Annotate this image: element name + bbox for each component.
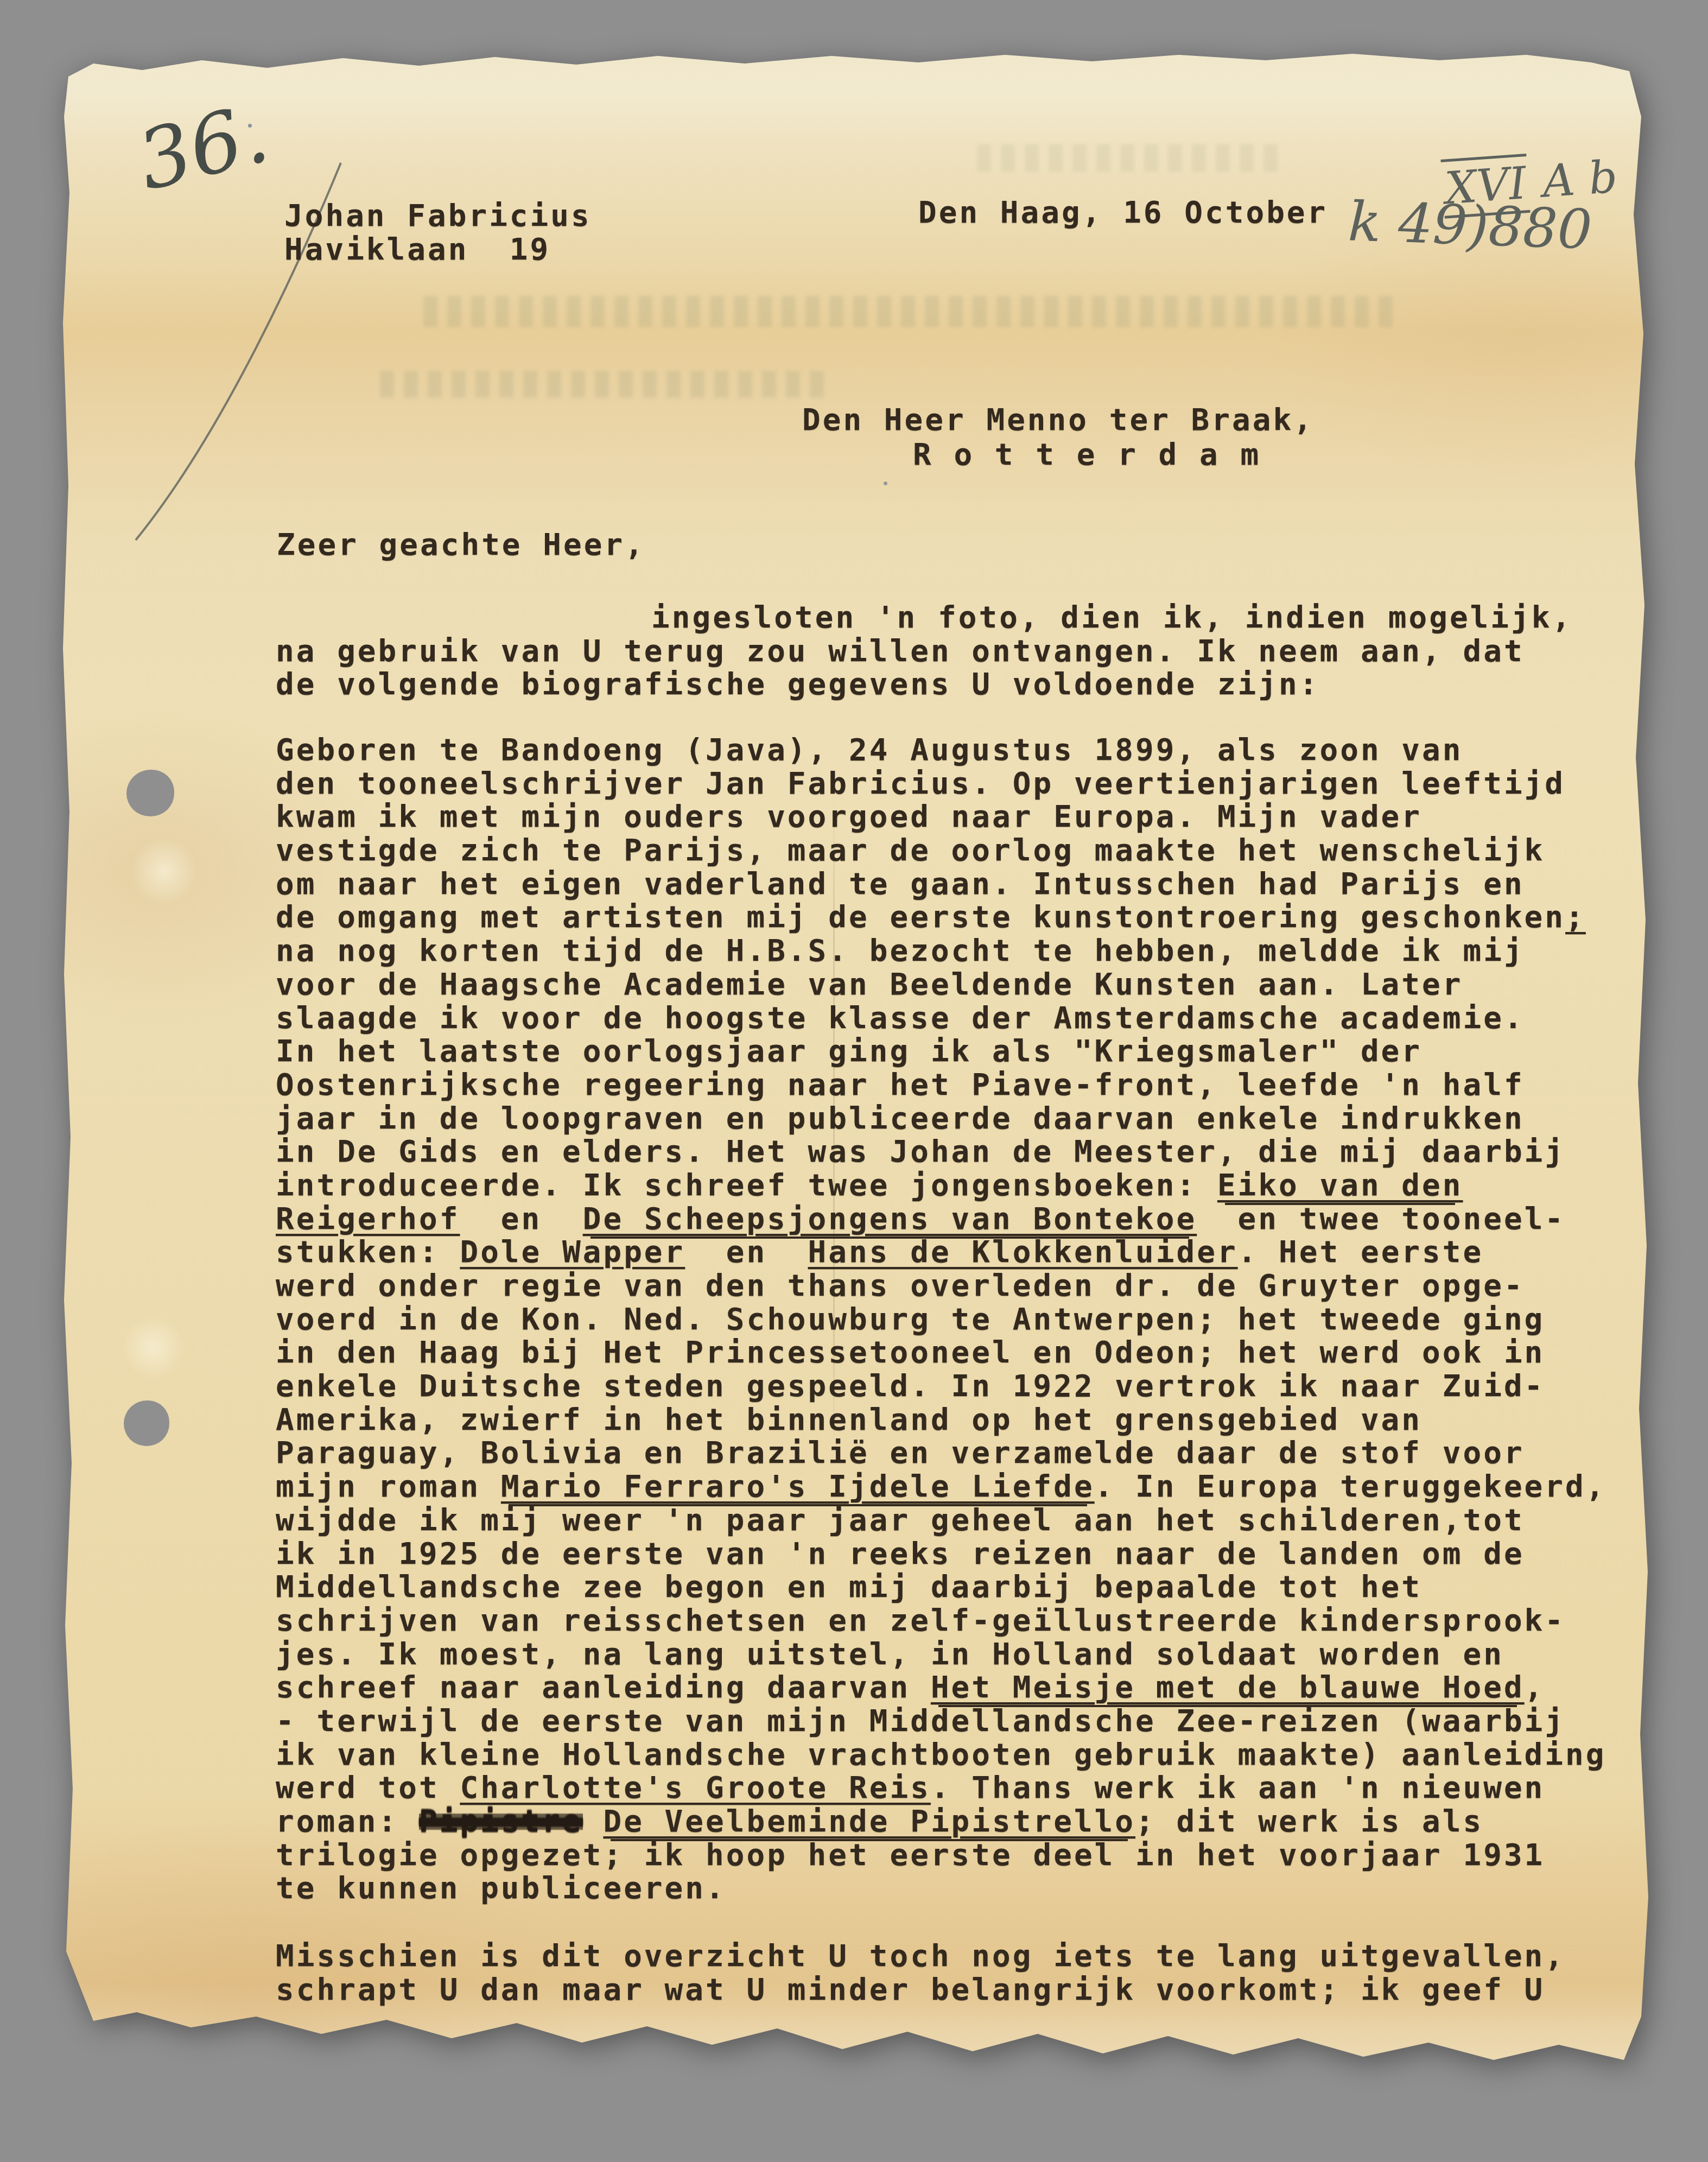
letter-line: Oostenrijksche regeering naar het Piave-… (276, 1068, 1606, 1102)
letter-line: jes. Ik moest, na lang uitstel, in Holla… (276, 1638, 1606, 1671)
text-run: voerd in de Kon. Ned. Schouwburg te Antw… (276, 1302, 1545, 1337)
text-run: . In Europa teruggekeerd, (1095, 1469, 1607, 1504)
letter-line: Amerika, zwierf in het binnenland op het… (276, 1403, 1606, 1437)
letter-line: Reigerhof en De Scheepsjongens van Bonte… (276, 1202, 1606, 1236)
letter-line: de volgende biografische gegevens U vold… (276, 668, 1572, 701)
text-run: de volgende biografische gegevens U vold… (276, 667, 1319, 702)
opening-paragraph: ingesloten 'n foto, dien ik, indien moge… (276, 601, 1572, 701)
bleed-through-text (423, 296, 1400, 327)
text-run: mijn roman (276, 1469, 501, 1504)
text-run: en twee tooneel- (1197, 1201, 1565, 1237)
letter-date: Den Haag, 16 October (918, 196, 1328, 230)
text-run: en (685, 1234, 808, 1270)
letter-line: kwam ik met mijn ouders voorgoed naar Eu… (276, 800, 1606, 834)
text-run: schrijven van reisschetsen en zelf-geïll… (276, 1603, 1565, 1638)
letter-line: voor de Haagsche Academie van Beeldende … (276, 968, 1606, 1001)
text-run: wijdde ik mij weer 'n paar jaar geheel a… (276, 1502, 1525, 1538)
letter-line: ingesloten 'n foto, dien ik, indien moge… (276, 601, 1572, 635)
letter-line: ik van kleine Hollandsche vrachtbooten g… (276, 1738, 1606, 1772)
recipient-line1: Den Heer Menno ter Braak, (802, 403, 1314, 437)
text-run: Paraguay, Bolivia en Brazilië en verzame… (276, 1435, 1525, 1470)
text-run: Amerika, zwierf in het binnenland op het… (276, 1402, 1422, 1437)
letter-line: mijn roman Mario Ferraro's Ijdele Liefde… (276, 1470, 1606, 1504)
bleed-through-text (977, 144, 1281, 172)
letter-line: na nog korten tijd de H.B.S. bezocht te … (276, 934, 1606, 968)
punch-hole-bottom (124, 1400, 169, 1446)
text-run: Middellandsche zee begon en mij daarbij … (276, 1569, 1422, 1605)
text-run: werd tot (276, 1770, 460, 1805)
text-run: in De Gids en elders. Het was Johan de M… (276, 1134, 1565, 1169)
letter-line: In het laatste oorlogsjaar ging ik als "… (276, 1035, 1606, 1068)
page-shadow-wrap: 36. XVI A b k 49)880 Johan Fabricius Hav… (0, 0, 1708, 2162)
salutation: Zeer geachte Heer, (277, 528, 645, 562)
text-run: den tooneelschrijver Jan Fabricius. Op v… (276, 766, 1565, 801)
text-run: trilogie opgezet; ik hoop het eerste dee… (276, 1837, 1545, 1873)
text-run: Geboren te Bandoeng (Java), 24 Augustus … (276, 732, 1463, 768)
letter-line: na gebruik van U terug zou willen ontvan… (276, 635, 1572, 668)
dust-speck (884, 481, 887, 485)
bleed-through-text (380, 371, 825, 398)
text-run: en (460, 1201, 582, 1237)
letter-line: roman: Pipistre De Veelbeminde Pipistrel… (276, 1805, 1606, 1838)
text-run: . Thans werk ik aan 'n nieuwen (931, 1770, 1545, 1805)
paper-spot (129, 839, 199, 904)
paper-spot (120, 1316, 186, 1379)
letter-line: den tooneelschrijver Jan Fabricius. Op v… (276, 767, 1606, 801)
text-run: introduceerde. Ik schreef twee jongensbo… (276, 1168, 1217, 1203)
text-run: na gebruik van U terug zou willen ontvan… (276, 633, 1525, 669)
text-run: jaar in de loopgraven en publiceerde daa… (276, 1101, 1525, 1136)
book-title: Dole Wapper (460, 1234, 685, 1270)
text-run: werd onder regie van den thans overleden… (276, 1268, 1525, 1303)
text-run: enkele Duitsche steden gespeeld. In 1922… (276, 1368, 1545, 1404)
book-title: De Veelbeminde Pipistrello (603, 1804, 1135, 1839)
letter-line: Misschien is dit overzicht U toch nog ie… (276, 1939, 1565, 1973)
letter-line: in De Gids en elders. Het was Johan de M… (276, 1135, 1606, 1169)
handwritten-case-number: 36. (129, 86, 277, 210)
sender-address: Haviklaan 19 (284, 233, 550, 267)
letter-line: te kunnen publiceeren. (276, 1872, 1606, 1905)
text-run: jes. Ik moest, na lang uitstel, in Holla… (276, 1637, 1504, 1672)
letter-line: - terwijl de eerste van mijn Middellands… (276, 1704, 1606, 1738)
text-run: vestigde zich te Parijs, maar de oorlog … (276, 833, 1545, 868)
text-run: ik in 1925 de eerste van 'n reeks reizen… (276, 1536, 1525, 1571)
text-run: voor de Haagsche Academie van Beeldende … (276, 967, 1463, 1002)
sender-name: Johan Fabricius (284, 199, 592, 233)
text-run: - terwijl de eerste van mijn Middellands… (276, 1703, 1565, 1739)
letter-line: trilogie opgezet; ik hoop het eerste dee… (276, 1838, 1606, 1872)
text-run: Oostenrijksche regeering naar het Piave-… (276, 1067, 1525, 1102)
punch-hole-top (126, 770, 174, 816)
text-run: de omgang met artisten mij de eerste kun… (276, 899, 1565, 935)
book-title: De Scheepsjongens van Bontekoe (583, 1201, 1197, 1237)
book-title: Reigerhof (276, 1201, 460, 1237)
letter-line: jaar in de loopgraven en publiceerde daa… (276, 1102, 1606, 1136)
letter-line: wijdde ik mij weer 'n paar jaar geheel a… (276, 1504, 1606, 1537)
closing-paragraph: Misschien is dit overzicht U toch nog ie… (276, 1939, 1565, 2006)
text-run: ingesloten 'n foto, dien ik, indien moge… (651, 600, 1572, 635)
letter-line: de omgang met artisten mij de eerste kun… (276, 901, 1606, 934)
letter-line: Paraguay, Bolivia en Brazilië en verzame… (276, 1436, 1606, 1470)
text-run: kwam ik met mijn ouders voorgoed naar Eu… (276, 799, 1422, 834)
text-run: in den Haag bij Het Princessetooneel en … (276, 1335, 1545, 1370)
letter-line: schreef naar aanleiding daarvan Het Meis… (276, 1671, 1606, 1704)
text-run: na nog korten tijd de H.B.S. bezocht te … (276, 933, 1525, 968)
letter-line: ik in 1925 de eerste van 'n reeks reizen… (276, 1537, 1606, 1571)
letter-line: Geboren te Bandoeng (Java), 24 Augustus … (276, 733, 1606, 767)
text-run: roman: (276, 1804, 419, 1839)
letter-line: vestigde zich te Parijs, maar de oorlog … (276, 834, 1606, 867)
text-run: schreef naar aanleiding daarvan (276, 1670, 931, 1705)
body-paragraph: Geboren te Bandoeng (Java), 24 Augustus … (276, 733, 1606, 1905)
text-run: slaagde ik voor de hoogste klasse der Am… (276, 1000, 1525, 1036)
book-title: Mario Ferraro's Ijdele Liefde (501, 1469, 1095, 1504)
archive-mark-number: k 49)880 (1347, 189, 1593, 262)
letter-page: 36. XVI A b k 49)880 Johan Fabricius Hav… (61, 52, 1648, 2093)
text-run: te kunnen publiceeren. (276, 1871, 726, 1906)
text-run: In het laatste oorlogsjaar ging ik als "… (276, 1034, 1422, 1069)
book-title: Eiko van den (1217, 1168, 1463, 1203)
text-run: om naar het eigen vaderland te gaan. Int… (276, 866, 1525, 902)
letter-line: slaagde ik voor de hoogste klasse der Am… (276, 1001, 1606, 1035)
book-title: ; (1565, 899, 1586, 935)
text-run: Misschien is dit overzicht U toch nog ie… (276, 1938, 1565, 1974)
letter-line: schrapt U dan maar wat U minder belangri… (276, 1973, 1565, 2007)
book-title: Hans de Klokkenluider (808, 1234, 1238, 1270)
letter-scan: { "colors":{"background":"#8f8f8f","pape… (0, 0, 1708, 2162)
book-title: Charlotte's Groote Reis (460, 1770, 930, 1805)
letter-line: enkele Duitsche steden gespeeld. In 1922… (276, 1370, 1606, 1403)
letter-line: werd onder regie van den thans overleden… (276, 1269, 1606, 1303)
recipient-line2: R o t t e r d a m (913, 438, 1261, 472)
letter-line: stukken: Dole Wapper en Hans de Klokkenl… (276, 1235, 1606, 1269)
letter-line: om naar het eigen vaderland te gaan. Int… (276, 867, 1606, 901)
text-run (583, 1804, 604, 1839)
text-run: ik van kleine Hollandsche vrachtbooten g… (276, 1737, 1606, 1772)
letter-line: introduceerde. Ik schreef twee jongensbo… (276, 1169, 1606, 1202)
text-run: schrapt U dan maar wat U minder belangri… (276, 1972, 1545, 2007)
text-run: stukken: (276, 1234, 460, 1270)
text-run: . Het eerste (1238, 1234, 1484, 1270)
text-run: ; dit werk is als (1135, 1804, 1483, 1839)
book-title: Het Meisje met de blauwe Hoed (931, 1670, 1525, 1705)
letter-line: in den Haag bij Het Princessetooneel en … (276, 1336, 1606, 1370)
text-run: , (1525, 1670, 1545, 1705)
letter-line: schrijven van reisschetsen en zelf-geïll… (276, 1604, 1606, 1638)
letter-line: voerd in de Kon. Ned. Schouwburg te Antw… (276, 1303, 1606, 1336)
letter-line: werd tot Charlotte's Groote Reis. Thans … (276, 1771, 1606, 1805)
letter-line: Middellandsche zee begon en mij daarbij … (276, 1570, 1606, 1604)
struck-word: Pipistre (419, 1804, 583, 1839)
